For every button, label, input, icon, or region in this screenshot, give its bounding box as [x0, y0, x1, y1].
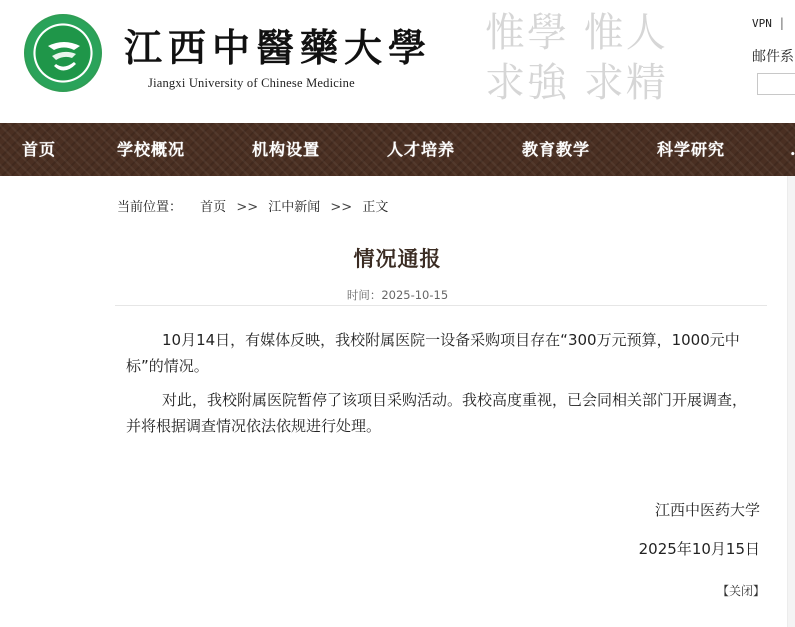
main-nav: 首页 学校概况 机构设置 人才培养 教育教学 科学研究 . [0, 123, 795, 176]
nav-item-research[interactable]: 科学研究 [657, 123, 725, 176]
breadcrumb-news[interactable]: 江中新闻 [268, 200, 320, 215]
article-paragraph: 对此，我校附属医院暂停了该项目采购活动。我校高度重视，已会同相关部门开展调查，并… [126, 387, 758, 439]
article-divider [115, 305, 767, 306]
breadcrumb-separator: >> [236, 200, 258, 215]
nav-item-about[interactable]: 学校概况 [117, 123, 185, 176]
nav-item-home[interactable]: 首页 [22, 123, 56, 176]
university-name[interactable]: 江西中醫藥大學 [124, 26, 432, 70]
breadcrumb-home[interactable]: 首页 [200, 200, 226, 215]
nav-item-more[interactable]: . [790, 123, 795, 176]
motto-line-2: 求強 求精 [485, 58, 715, 108]
article-body: 10月14日，有媒体反映，我校附属医院一设备采购项目存在“300万元预算，100… [126, 327, 758, 447]
top-links: VPN| [752, 16, 784, 30]
vpn-link[interactable]: VPN [752, 17, 772, 30]
nav-item-talent-training[interactable]: 人才培养 [387, 123, 455, 176]
top-search-input[interactable] [757, 73, 795, 95]
motto-line-1: 惟學 惟人 [485, 8, 715, 58]
nav-item-education[interactable]: 教育教学 [522, 123, 590, 176]
university-emblem-icon[interactable] [24, 14, 102, 92]
article-time: 时间：2025-10-15 [0, 287, 795, 303]
breadcrumb-current[interactable]: 正文 [362, 200, 388, 215]
link-separator: | [780, 16, 784, 30]
article-signature: 江西中医药大学 [655, 499, 760, 520]
mail-system-link[interactable]: 邮件系 [752, 46, 794, 66]
university-english-name: Jiangxi University of Chinese Medicine [148, 76, 355, 91]
page-edge [787, 176, 795, 627]
school-motto: 惟學 惟人 求強 求精 [485, 8, 715, 108]
article-paragraph: 10月14日，有媒体反映，我校附属医院一设备采购项目存在“300万元预算，100… [126, 327, 758, 379]
close-button[interactable]: 【关闭】 [717, 582, 765, 599]
article-sign-date: 2025年10月15日 [639, 538, 760, 559]
breadcrumb: 当前位置： 首页 >> 江中新闻 >> 正文 [117, 196, 388, 215]
breadcrumb-separator: >> [330, 200, 352, 215]
article-title: 情况通报 [0, 243, 795, 273]
breadcrumb-label: 当前位置： [117, 200, 182, 215]
site-header: 江西中醫藥大學 Jiangxi University of Chinese Me… [0, 0, 795, 123]
nav-item-departments[interactable]: 机构设置 [252, 123, 320, 176]
